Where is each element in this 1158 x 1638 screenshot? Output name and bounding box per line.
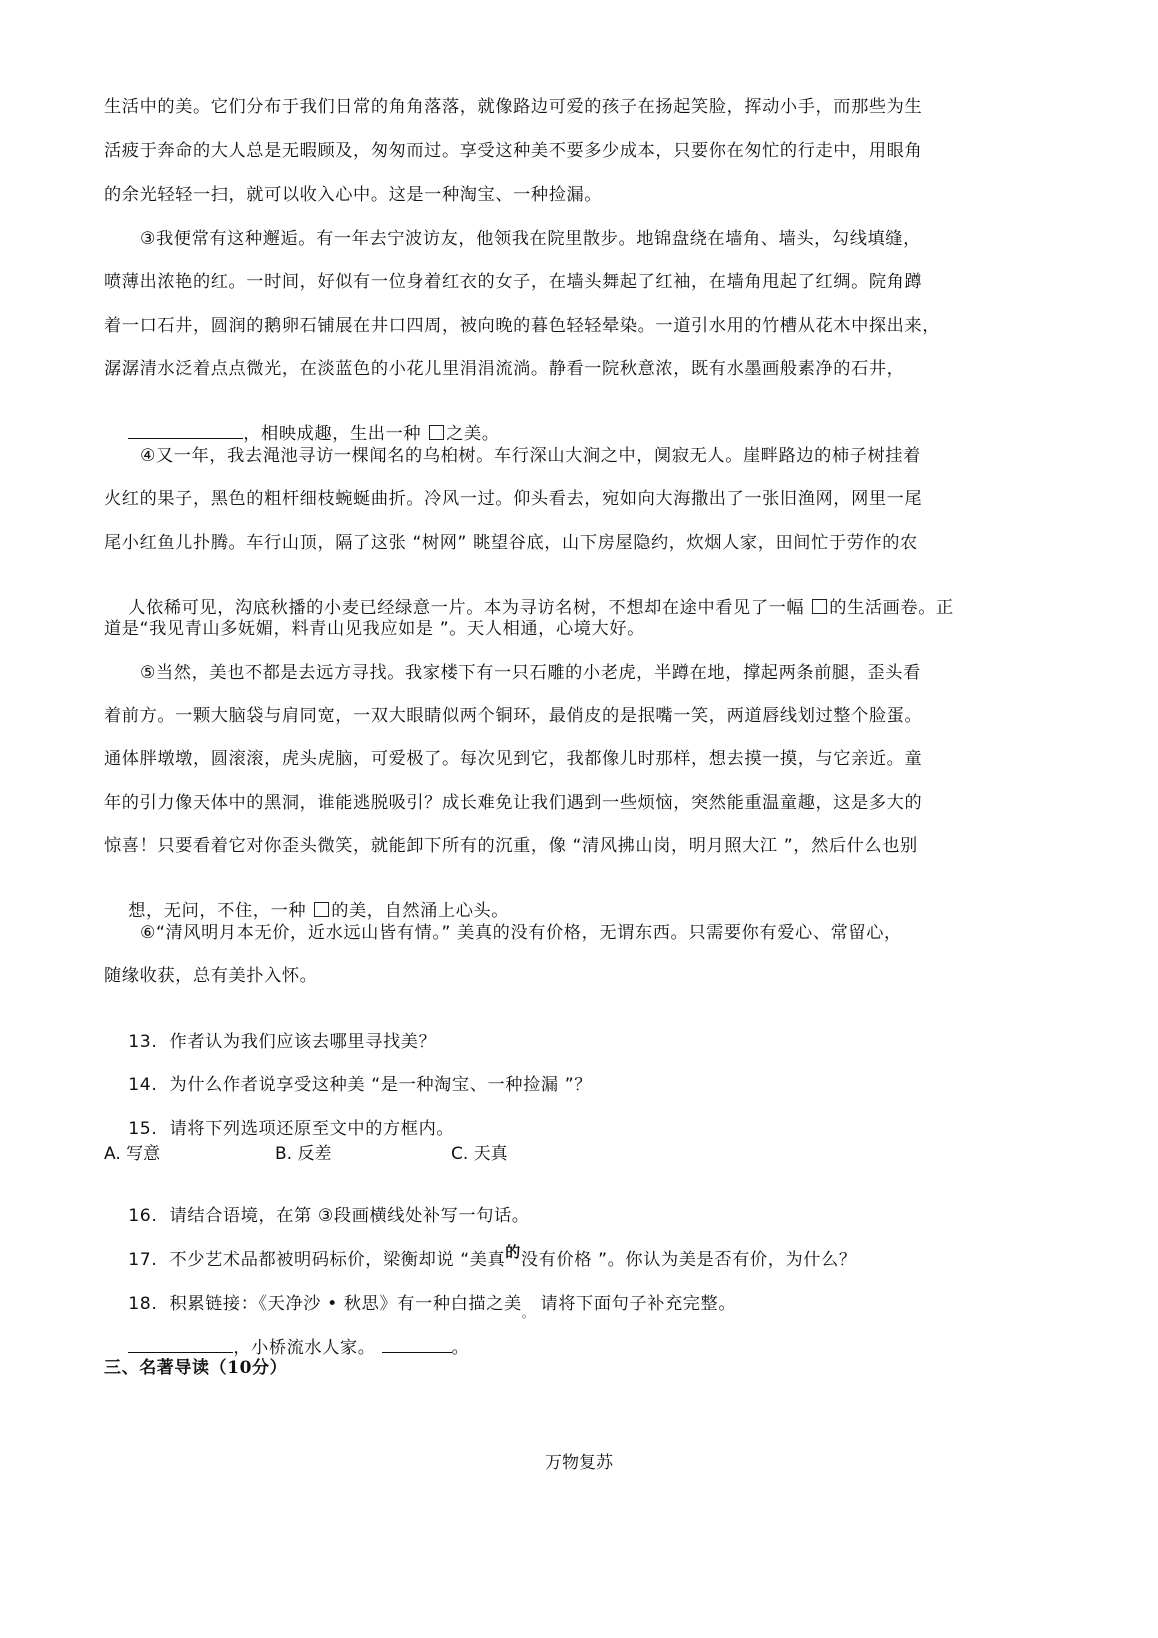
section-subtitle: 万物复苏 bbox=[0, 1448, 1158, 1473]
question-text: 请将下列选项还原至文中的方框内。 bbox=[170, 1119, 455, 1139]
question-text: 请将下面句子补充完整。 bbox=[540, 1294, 736, 1314]
paragraph-5-line: 年的引力像天体中的黑洞，谁能逃脱吸引？成长难免让我们遇到一些烦恼，突然能重温童趣… bbox=[104, 792, 922, 814]
passage-line: 生活中的美。它们分布于我们日常的角角落落，就像路边可爱的孩子在扬起笑脸，挥动小手… bbox=[104, 96, 922, 118]
option-a: A. 写意 bbox=[104, 1139, 160, 1164]
question-text: 不少艺术品都被明码标价，梁衡却说 “美真 bbox=[170, 1250, 506, 1270]
paragraph-5-line: 着前方。一颗大脑袋与肩同宽，一双大眼睛似两个铜环，最俏皮的是抿嘴一笑，两道唇线划… bbox=[104, 705, 922, 727]
question-number: 15. bbox=[128, 1119, 157, 1139]
question-text: 作者认为我们应该去哪里寻找美？ bbox=[170, 1032, 437, 1052]
paragraph-4-line: 道是“我见青山多妩媚，料青山见我应如是 ”。天人相通，心境大好。 bbox=[104, 618, 645, 640]
text-fragment: 的美，自然涌上心头。 bbox=[331, 901, 509, 921]
question-text: 为什么作者说享受这种美 “是一种淘宝、一种捡漏 ”？ bbox=[170, 1075, 592, 1095]
question-text-raised: 的 bbox=[505, 1243, 521, 1261]
paragraph-4-line: 尾小红鱼儿扑腾。车行山顶，隔了这张 “树网” 眺望谷底，山下房屋隐约，炊烟人家，… bbox=[104, 532, 918, 554]
fill-blank-line[interactable] bbox=[382, 1338, 452, 1353]
paragraph-3-line: ③我便常有这种邂逅。有一年去宁波访友，他领我在院里散步。地锦盘绕在墙角、墙头，勾… bbox=[140, 228, 921, 250]
question-text: 请结合语境，在第 ③段画横线处补写一句话。 bbox=[170, 1206, 530, 1226]
text-fragment: 。 bbox=[452, 1338, 470, 1358]
question-text: 积累链接：《天净沙 • 秋思》有一种白描之美 bbox=[170, 1294, 522, 1314]
fill-blank-line[interactable] bbox=[128, 1338, 233, 1353]
fill-blank-line[interactable] bbox=[128, 424, 243, 439]
text-fragment: 想，无问，不住，一种 bbox=[128, 901, 312, 921]
answer-box[interactable] bbox=[812, 599, 827, 614]
paragraph-6-line: 随缘收获，总有美扑入怀。 bbox=[104, 965, 317, 987]
section-heading: 三、名著导读（10分） bbox=[104, 1357, 287, 1379]
paragraph-6-line: ⑥“清风明月本无价，近水远山皆有情。” 美真的没有价格，无谓东西。只需要你有爱心… bbox=[140, 922, 902, 944]
question-number: 16. bbox=[128, 1206, 157, 1226]
question-text-dot: 。 bbox=[522, 1306, 535, 1320]
answer-box[interactable] bbox=[314, 902, 329, 917]
answer-box[interactable] bbox=[429, 425, 444, 440]
paragraph-3-line: 着一口石井，圆润的鹅卵石铺展在井口四周，被向晚的暮色轻轻晕染。一道引水用的竹槽从… bbox=[104, 315, 940, 337]
paragraph-4-line: 火红的果子，黑色的粗杆细枝蜿蜒曲折。冷风一过。仰头看去，宛如向大海撒出了一张旧渔… bbox=[104, 488, 922, 510]
text-fragment: ，小桥流水人家。 bbox=[233, 1338, 375, 1358]
text-fragment: 的生活画卷。正 bbox=[829, 598, 954, 618]
document-page: 生活中的美。它们分布于我们日常的角角落落，就像路边可爱的孩子在扬起笑脸，挥动小手… bbox=[0, 0, 1158, 1638]
paragraph-5-line: 通体胖墩墩，圆滚滚，虎头虎脑，可爱极了。每次见到它，我都像儿时那样，想去摸一摸，… bbox=[104, 748, 922, 770]
paragraph-5-line: ⑤当然，美也不都是去远方寻找。我家楼下有一只石雕的小老虎，半蹲在地，撑起两条前腿… bbox=[140, 662, 921, 684]
option-b: B. 反差 bbox=[275, 1139, 331, 1164]
paragraph-5-line: 惊喜！只要看着它对你歪头微笑，就能卸下所有的沉重，像 “清风拂山岗，明月照大江 … bbox=[104, 835, 918, 857]
text-fragment: 人依稀可见，沟底秋播的小麦已经绿意一片。本为寻访名树，不想却在途中看见了一幅 bbox=[128, 598, 810, 618]
question-number: 17. bbox=[128, 1250, 157, 1270]
text-fragment: ，相映成趣，生出一种 bbox=[243, 424, 421, 444]
question-number: 14. bbox=[128, 1075, 157, 1095]
passage-line: 的余光轻轻一扫，就可以收入心中。这是一种淘宝、一种捡漏。 bbox=[104, 184, 602, 206]
paragraph-3-line: 喷薄出浓艳的红。一时间，好似有一位身着红衣的女子，在墙头舞起了红袖，在墙角甩起了… bbox=[104, 271, 922, 293]
option-c: C. 天真 bbox=[451, 1139, 508, 1164]
passage-line: 活疲于奔命的大人总是无暇顾及，匆匆而过。享受这种美不要多少成本，只要你在匆忙的行… bbox=[104, 140, 922, 162]
paragraph-3-line: 潺潺清水泛着点点微光，在淡蓝色的小花儿里涓涓流淌。静看一院秋意浓，既有水墨画般素… bbox=[104, 358, 904, 380]
question-number: 18. bbox=[128, 1294, 157, 1314]
text-fragment: 之美。 bbox=[446, 424, 499, 444]
question-text: 没有价格 ”。你认为美是否有价，为什么？ bbox=[521, 1250, 857, 1270]
paragraph-4-line: ④又一年，我去渑池寻访一棵闻名的乌桕树。车行深山大涧之中，阒寂无人。崖畔路边的柿… bbox=[140, 445, 921, 467]
question-number: 13. bbox=[128, 1032, 157, 1052]
